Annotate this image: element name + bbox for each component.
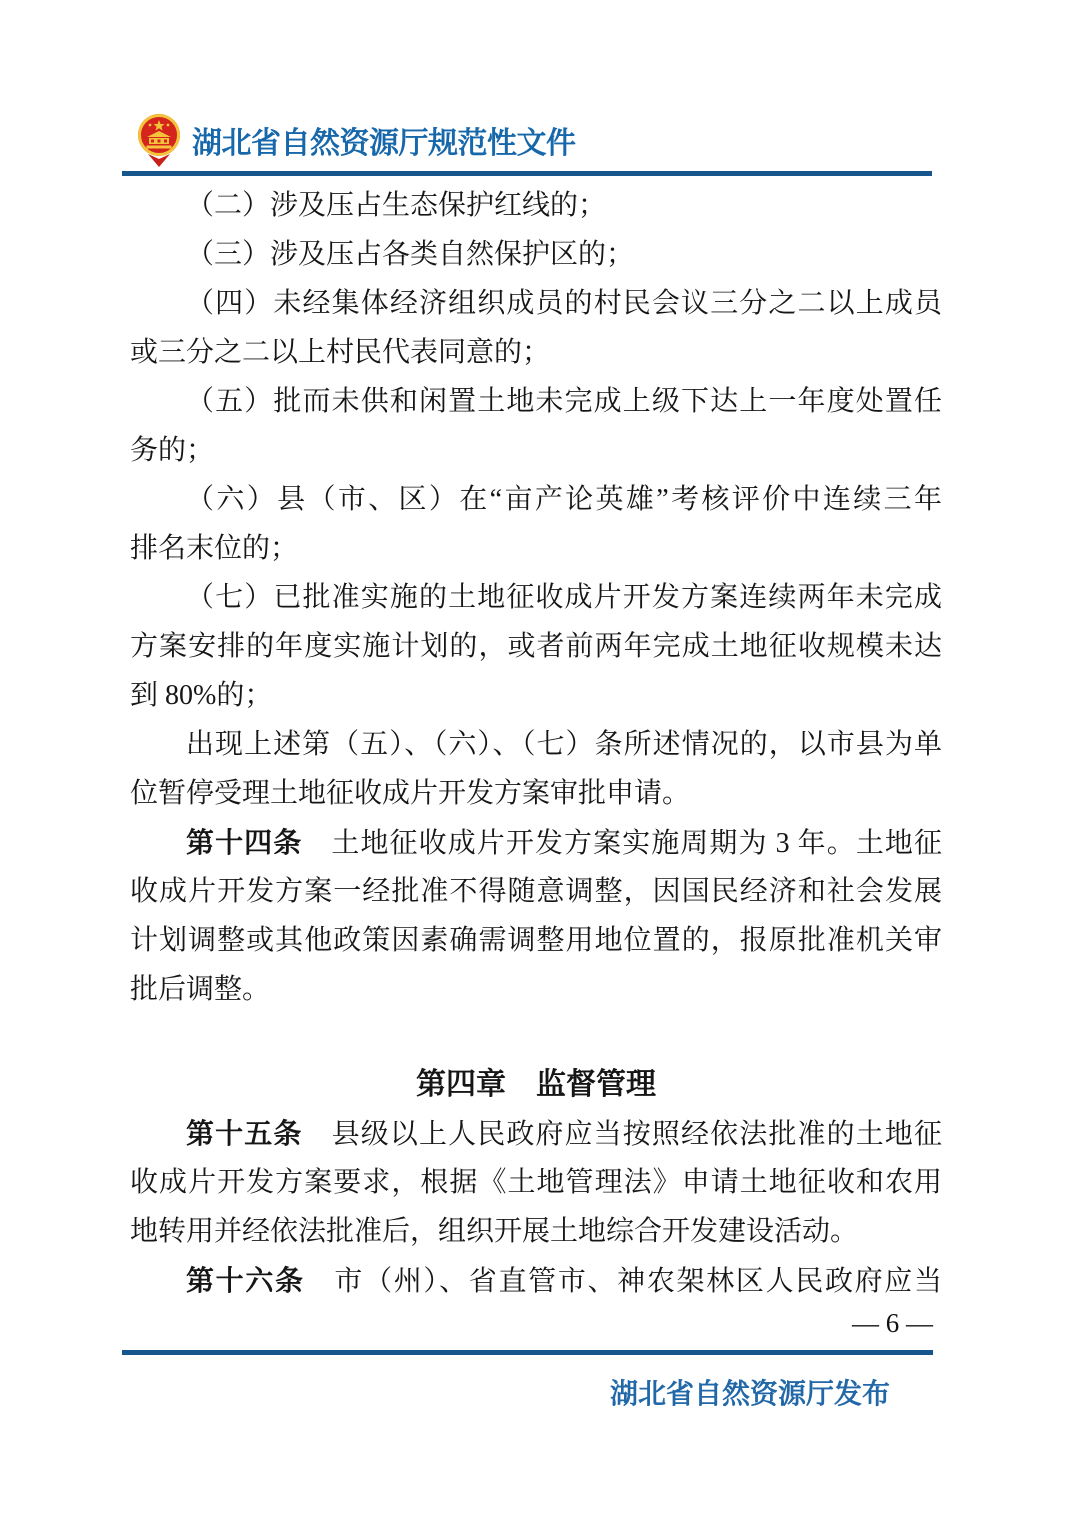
page-number: — 6 — <box>852 1308 933 1339</box>
body-line: （六）县（市、区）在“亩产论英雄”考核评价中连续三年 <box>130 475 942 524</box>
body-line: （七）已批准实施的土地征收成片开发方案连续两年未完成 <box>130 573 942 622</box>
footer-publisher: 湖北省自然资源厅发布 <box>610 1372 890 1412</box>
article-number: 第十四条 <box>186 827 302 858</box>
footer-divider <box>122 1350 933 1355</box>
body-line: 出现上述第（五）、（六）、（七）条所述情况的，以市县为单 <box>130 720 942 769</box>
body-line: 批后调整。 <box>130 965 942 1014</box>
body-line: 方案安排的年度实施计划的，或者前两年完成土地征收规模未达 <box>130 622 942 671</box>
body-line: 计划调整或其他政策因素确需调整用地位置的，报原批准机关审 <box>130 916 942 965</box>
chapter-heading: 第四章 监督管理 <box>130 1060 942 1109</box>
document-body: （二）涉及压占生态保护红线的； （三）涉及压占各类自然保护区的； （四）未经集体… <box>130 181 942 1305</box>
body-line-article-15: 第十五条 县级以上人民政府应当按照经依法批准的土地征 <box>130 1109 942 1158</box>
article-number: 第十五条 <box>186 1118 302 1149</box>
body-line: 位暂停受理土地征收成片开发方案审批申请。 <box>130 769 942 818</box>
header-divider <box>122 171 932 176</box>
body-line: 到 80%的； <box>130 671 942 720</box>
body-line: （五）批而未供和闲置土地未完成上级下达上一年度处置任 <box>130 377 942 426</box>
china-national-emblem-icon <box>134 112 184 170</box>
article-number: 第十六条 <box>186 1265 305 1296</box>
document-header-title: 湖北省自然资源厅规范性文件 <box>192 118 576 162</box>
body-line: 收成片开发方案要求，根据《土地管理法》申请土地征收和农用 <box>130 1158 942 1207</box>
body-line: （四）未经集体经济组织成员的村民会议三分之二以上成员 <box>130 279 942 328</box>
body-line-article-14: 第十四条 土地征收成片开发方案实施周期为 3 年。土地征 <box>130 818 942 867</box>
body-line: 排名末位的； <box>130 524 942 573</box>
body-line: 地转用并经依法批准后，组织开展土地综合开发建设活动。 <box>130 1207 942 1256</box>
body-line: 或三分之二以上村民代表同意的； <box>130 328 942 377</box>
body-line-article-16: 第十六条 市（州）、省直管市、神农架林区人民政府应当 <box>130 1256 942 1305</box>
body-line: 务的； <box>130 426 942 475</box>
body-line: 收成片开发方案一经批准不得随意调整，因国民经济和社会发展 <box>130 867 942 916</box>
body-line: （三）涉及压占各类自然保护区的； <box>130 230 942 279</box>
body-line: （二）涉及压占生态保护红线的； <box>130 181 942 230</box>
section-gap <box>130 1014 942 1060</box>
